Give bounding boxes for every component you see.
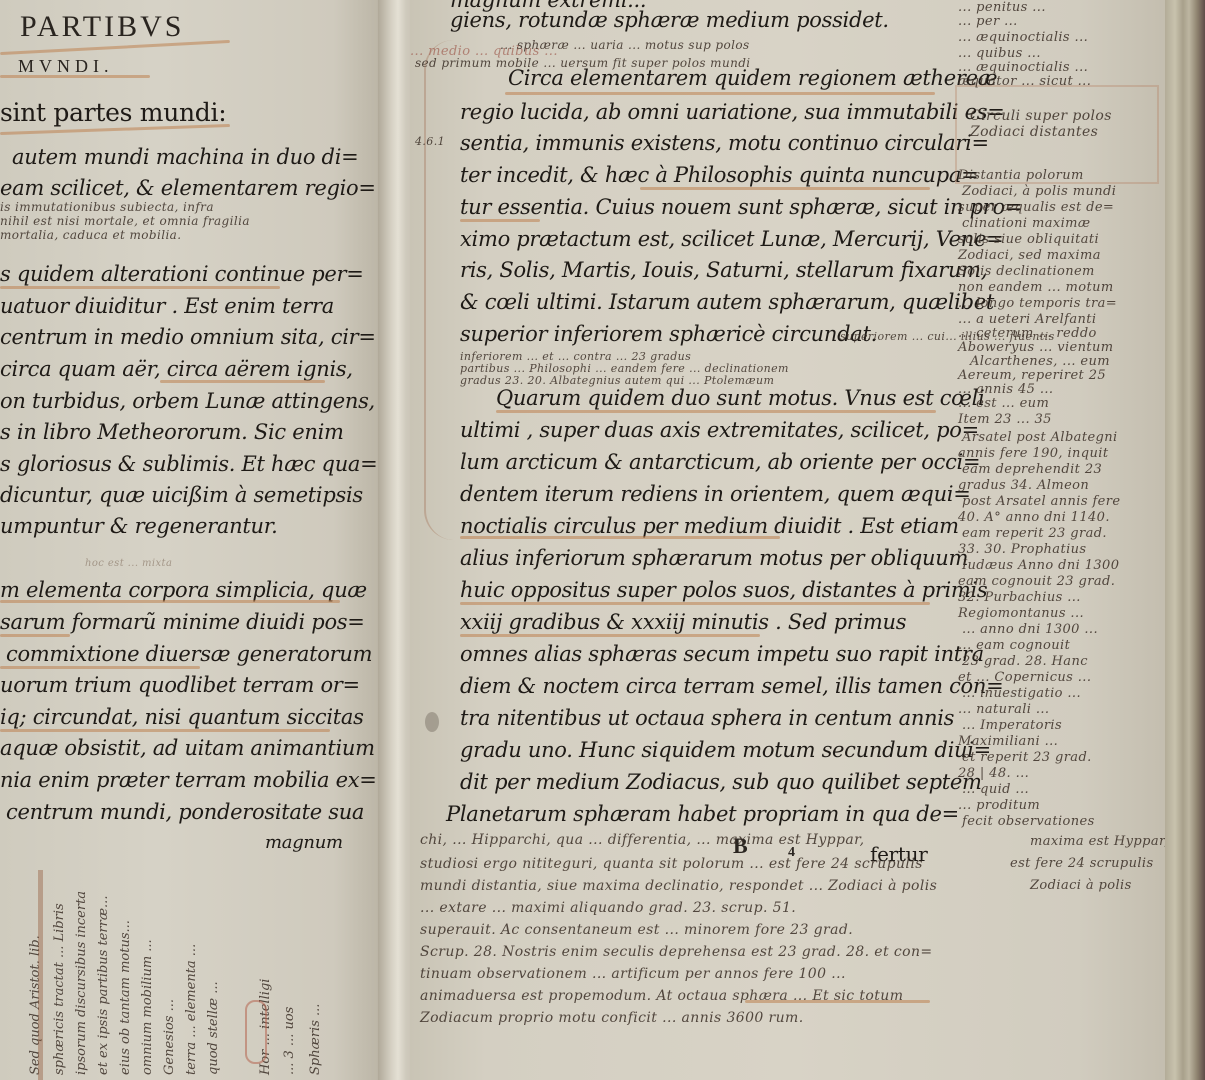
text-line: sarum formarũ minime diuidi pos= bbox=[0, 610, 365, 634]
bottom-note: mundi distantia, siue maxima declinatio,… bbox=[420, 878, 937, 894]
margin-note: ... anno dni 1300 ... bbox=[962, 622, 1098, 637]
text-line: lum arcticum & antarcticum, ab oriente p… bbox=[460, 450, 980, 474]
vertical-note: ... 3 ... uos bbox=[282, 1007, 297, 1075]
margin-note: Zodiaci distantes bbox=[970, 124, 1098, 140]
vertical-note: Genesios ... bbox=[162, 999, 177, 1075]
text-line: s in libro Metheororum. Sic enim bbox=[0, 420, 344, 444]
text-line: on turbidus, orbem Lunæ attingens, bbox=[0, 389, 375, 413]
bottom-note: superauit. Ac consentaneum est ... minor… bbox=[420, 922, 853, 938]
margin-note: non eandem ... motum bbox=[958, 280, 1114, 295]
text-line: Planetarum sphæram habet propriam in qua… bbox=[446, 802, 959, 826]
text-line: ultimi , super duas axis extremitates, s… bbox=[460, 418, 979, 442]
text-line: m elementa corpora simplicia, quæ bbox=[0, 578, 367, 602]
ochre-underline bbox=[745, 1000, 930, 1003]
margin-note: ... æquinoctialis ... bbox=[958, 60, 1088, 75]
margin-note: eam reperit 23 grad. bbox=[962, 526, 1107, 541]
margin-note: ... quid ... bbox=[962, 782, 1029, 797]
text-line: ximo prætactum est, scilicet Lunæ, Mercu… bbox=[460, 227, 1003, 251]
ochre-underline bbox=[496, 410, 936, 413]
margin-note: Alcarthenes, ... eum bbox=[970, 354, 1110, 369]
margin-note: super æqualis est de= bbox=[958, 200, 1114, 215]
vertical-note: sphæricis tractat ... Libris bbox=[52, 903, 67, 1075]
margin-note: ... est ... eum bbox=[958, 396, 1049, 411]
interlinear-note: ... sphæræ ... uaria ... motus sup polos bbox=[500, 38, 750, 52]
text-line: centrum mundi, ponderositate sua bbox=[6, 800, 364, 824]
running-head-mundi: MVNDI. bbox=[18, 56, 114, 77]
margin-note: maxima est Hyppar, bbox=[1030, 834, 1169, 849]
text-line: autem mundi machina in duo di= bbox=[12, 145, 358, 169]
margin-note: Distantia polorum bbox=[958, 168, 1084, 183]
margin-note: 33. 30. Prophatius bbox=[958, 542, 1086, 557]
text-line: alius inferiorum sphærarum motus per obl… bbox=[460, 546, 968, 570]
vertical-note: quod stellæ ... bbox=[206, 981, 221, 1075]
catchword: magnum bbox=[265, 832, 343, 853]
margin-note: et reperit 23 grad. bbox=[962, 750, 1092, 765]
text-line: tur essentia. Cuius nouem sunt sphæræ, s… bbox=[460, 195, 1022, 219]
text-line: dentem iterum rediens in orientem, quem … bbox=[460, 482, 971, 506]
bottom-note: studiosi ergo nititeguri, quanta sit pol… bbox=[420, 856, 923, 872]
vertical-note: eius ob tantam motus... bbox=[118, 920, 133, 1075]
margin-note: ... ceterum ... reddo bbox=[958, 326, 1097, 341]
text-line: huic oppositus super polos suos, distant… bbox=[460, 578, 987, 602]
margin-number: 4.6.1 bbox=[415, 135, 445, 148]
red-chalk-mark bbox=[245, 1000, 267, 1064]
text-line: uorum trium quodlibet terram or= bbox=[0, 673, 360, 697]
margin-note: Aboweryus ... vientum bbox=[958, 340, 1114, 355]
margin-note: gradus 34. Almeon bbox=[958, 478, 1089, 493]
margin-note: clinationi maximæ bbox=[962, 216, 1091, 231]
bottom-note: Zodiacum proprio motu conficit ... annis… bbox=[420, 1010, 804, 1026]
vertical-note: omnium mobilium ... bbox=[140, 939, 155, 1075]
ink-spot bbox=[425, 712, 439, 732]
text-line: iq; circundat, nisi quantum siccitas bbox=[0, 705, 364, 729]
interlinear-note: is immutationibus subiecta, infra bbox=[0, 200, 214, 214]
margin-note: annis fere 190, inquit bbox=[958, 446, 1109, 461]
ochre-underline bbox=[0, 286, 280, 289]
text-line: dicuntur, quæ uicißim à semetipsis bbox=[0, 483, 363, 507]
margin-note: Circuli super polos bbox=[970, 108, 1112, 124]
margin-note: Aereum, reperiret 25 bbox=[958, 368, 1106, 383]
text-line: giens, rotundæ sphæræ medium possidet. bbox=[450, 8, 889, 32]
margin-note: Zodiaci, sed maxima bbox=[958, 248, 1101, 263]
margin-note: Solis declinationem bbox=[958, 264, 1095, 279]
margin-note: post Arsatel annis fere bbox=[962, 494, 1120, 509]
text-line: s quidem alterationi continue per= bbox=[0, 262, 364, 286]
ochre-underline bbox=[460, 634, 760, 637]
margin-note: et ... Copernicus ... bbox=[958, 670, 1091, 685]
margin-note: ... longo temporis tra= bbox=[958, 296, 1117, 311]
margin-note: eam deprehendit 23 bbox=[962, 462, 1102, 477]
vertical-note: terra ... elementa ... bbox=[184, 944, 199, 1075]
text-line: aquæ obsistit, ad uitam animantium bbox=[0, 736, 375, 760]
ochre-underline bbox=[160, 380, 325, 383]
margin-note: ... proditum bbox=[958, 798, 1040, 813]
bottom-note: Scrup. 28. Nostris enim seculis deprehen… bbox=[420, 944, 933, 960]
bottom-note: ... extare ... maximi aliquando grad. 23… bbox=[420, 900, 796, 916]
text-line: commixtione diuersæ generatorum bbox=[6, 642, 372, 666]
ochre-underline bbox=[0, 666, 200, 669]
text-line: noctialis circulus per medium diuidit . … bbox=[460, 514, 959, 538]
text-line: nia enim præter terram mobilia ex= bbox=[0, 768, 377, 792]
text-line: uatuor diuiditur . Est enim terra bbox=[0, 294, 334, 318]
text-line: regio lucida, ab omni uariatione, sua im… bbox=[460, 100, 1005, 124]
text-line: xxiij gradibus & xxxiij minutis . Sed pr… bbox=[460, 610, 906, 634]
margin-note: 32. Purbachius ... bbox=[958, 590, 1081, 605]
ochre-underline bbox=[0, 634, 70, 637]
text-line: ris, Solis, Martis, Iouis, Saturni, stel… bbox=[460, 258, 987, 282]
margin-note: Regiomontanus ... bbox=[958, 606, 1084, 621]
margin-note: 40. A° anno dni 1140. bbox=[958, 510, 1110, 525]
ochre-underline bbox=[505, 92, 935, 95]
text-line: sentia, immunis existens, motu continuo … bbox=[460, 131, 989, 155]
margin-note: ... æquinoctialis ... bbox=[958, 30, 1088, 45]
margin-note: Zodiaci, à polis mundi bbox=[962, 184, 1116, 199]
margin-note: æquator ... sicut ... bbox=[958, 74, 1091, 89]
ochre-underline bbox=[0, 729, 330, 732]
vertical-note: Sphæris ... bbox=[308, 1004, 323, 1075]
margin-note: ... per ... bbox=[958, 14, 1018, 29]
running-head-partibus: PARTIBVS bbox=[20, 10, 184, 44]
vertical-note: et ex ipsis partibus terræ... bbox=[96, 896, 111, 1075]
margin-note: ... eam cognouit bbox=[958, 638, 1070, 653]
text-line: eam scilicet, & elementarem regio= bbox=[0, 176, 376, 200]
ochre-underline bbox=[460, 219, 540, 222]
margin-note: ... penitus ... bbox=[958, 0, 1046, 15]
text-line: centrum in medio omnium sita, cir= bbox=[0, 325, 376, 349]
margin-note: ... annis 45 ... bbox=[958, 382, 1053, 397]
margin-note: Item 23 ... 35 bbox=[958, 412, 1052, 427]
text-line: Circa elementarem quidem regionem æthere… bbox=[508, 66, 997, 90]
margin-note: ... naturali ... bbox=[958, 702, 1049, 717]
ochre-underline bbox=[460, 602, 930, 605]
bottom-note: tinuam observationem ... artificum per a… bbox=[420, 966, 846, 982]
right-page: magnum extremi... giens, rotundæ sphæræ … bbox=[410, 0, 1170, 1080]
margin-note: eam cognouit 23 grad. bbox=[958, 574, 1115, 589]
margin-note: solis siue obliquitati bbox=[958, 232, 1099, 247]
margin-note: 28 | 48. ... bbox=[958, 766, 1029, 781]
text-line: Quarum quidem duo sunt motus. Vnus est c… bbox=[496, 386, 984, 410]
margin-note: est fere 24 scrupulis bbox=[1010, 856, 1154, 871]
text-line: superior inferiorem sphæricè circundat. bbox=[460, 322, 877, 346]
margin-note: fecit observationes bbox=[962, 814, 1095, 829]
bottom-note: chi, ... Hipparchi, qua ... differentia,… bbox=[420, 832, 865, 848]
margin-note: Maximiliani ... bbox=[958, 734, 1058, 749]
ochre-underline bbox=[0, 600, 340, 603]
margin-note: ... inuestigatio ... bbox=[962, 686, 1081, 701]
interlinear-note: hoc est ... mixta bbox=[85, 558, 172, 569]
ochre-underline bbox=[640, 187, 930, 190]
section-title: sint partes mundi: bbox=[0, 98, 226, 127]
text-line: & cœli ultimi. Istarum autem sphærarum, … bbox=[460, 290, 994, 314]
text-line: s gloriosus & sublimis. Et hæc qua= bbox=[0, 452, 377, 476]
text-line: gradu uno. Hunc siquidem motum secundum … bbox=[460, 738, 991, 762]
text-line: omnes alias sphæras secum impetu suo rap… bbox=[460, 642, 984, 666]
text-line: ter incedit, & hæc à Philosophis quinta … bbox=[460, 163, 978, 187]
red-chalk-line bbox=[38, 870, 43, 1080]
text-line: diem & noctem circa terram semel, illis … bbox=[460, 674, 1003, 698]
margin-note: 23 grad. 28. Hanc bbox=[962, 654, 1088, 669]
interlinear-note: mortalia, caduca et mobilia. bbox=[0, 228, 181, 242]
margin-note: ... quibus ... bbox=[958, 46, 1041, 61]
margin-note: ... Imperatoris bbox=[962, 718, 1062, 733]
margin-note: Zodiaci à polis bbox=[1030, 878, 1132, 893]
vertical-note: ipsorum discursibus incerta bbox=[74, 891, 89, 1075]
book-spread: PARTIBVS MVNDI. sint partes mundi: autem… bbox=[0, 0, 1205, 1080]
page-edges bbox=[1165, 0, 1205, 1080]
text-line: umpuntur & regenerantur. bbox=[0, 514, 278, 538]
text-line: tra nitentibus ut octaua sphera in centu… bbox=[460, 706, 954, 730]
margin-note: Arsatel post Albategni bbox=[962, 430, 1118, 445]
ochre-underline bbox=[0, 75, 150, 78]
interlinear-note: nihil est nisi mortale, et omnia fragili… bbox=[0, 214, 250, 228]
left-page: PARTIBVS MVNDI. sint partes mundi: autem… bbox=[0, 0, 392, 1080]
text-line: dit per medium Zodiacus, sub quo quilibe… bbox=[460, 770, 982, 794]
margin-note: ... a ueteri Arelfanti bbox=[958, 312, 1096, 327]
ochre-underline bbox=[460, 536, 780, 539]
text-line: circa quam aër, circa aërem ignis, bbox=[0, 357, 353, 381]
margin-note: Iudæus Anno dni 1300 bbox=[962, 558, 1119, 573]
